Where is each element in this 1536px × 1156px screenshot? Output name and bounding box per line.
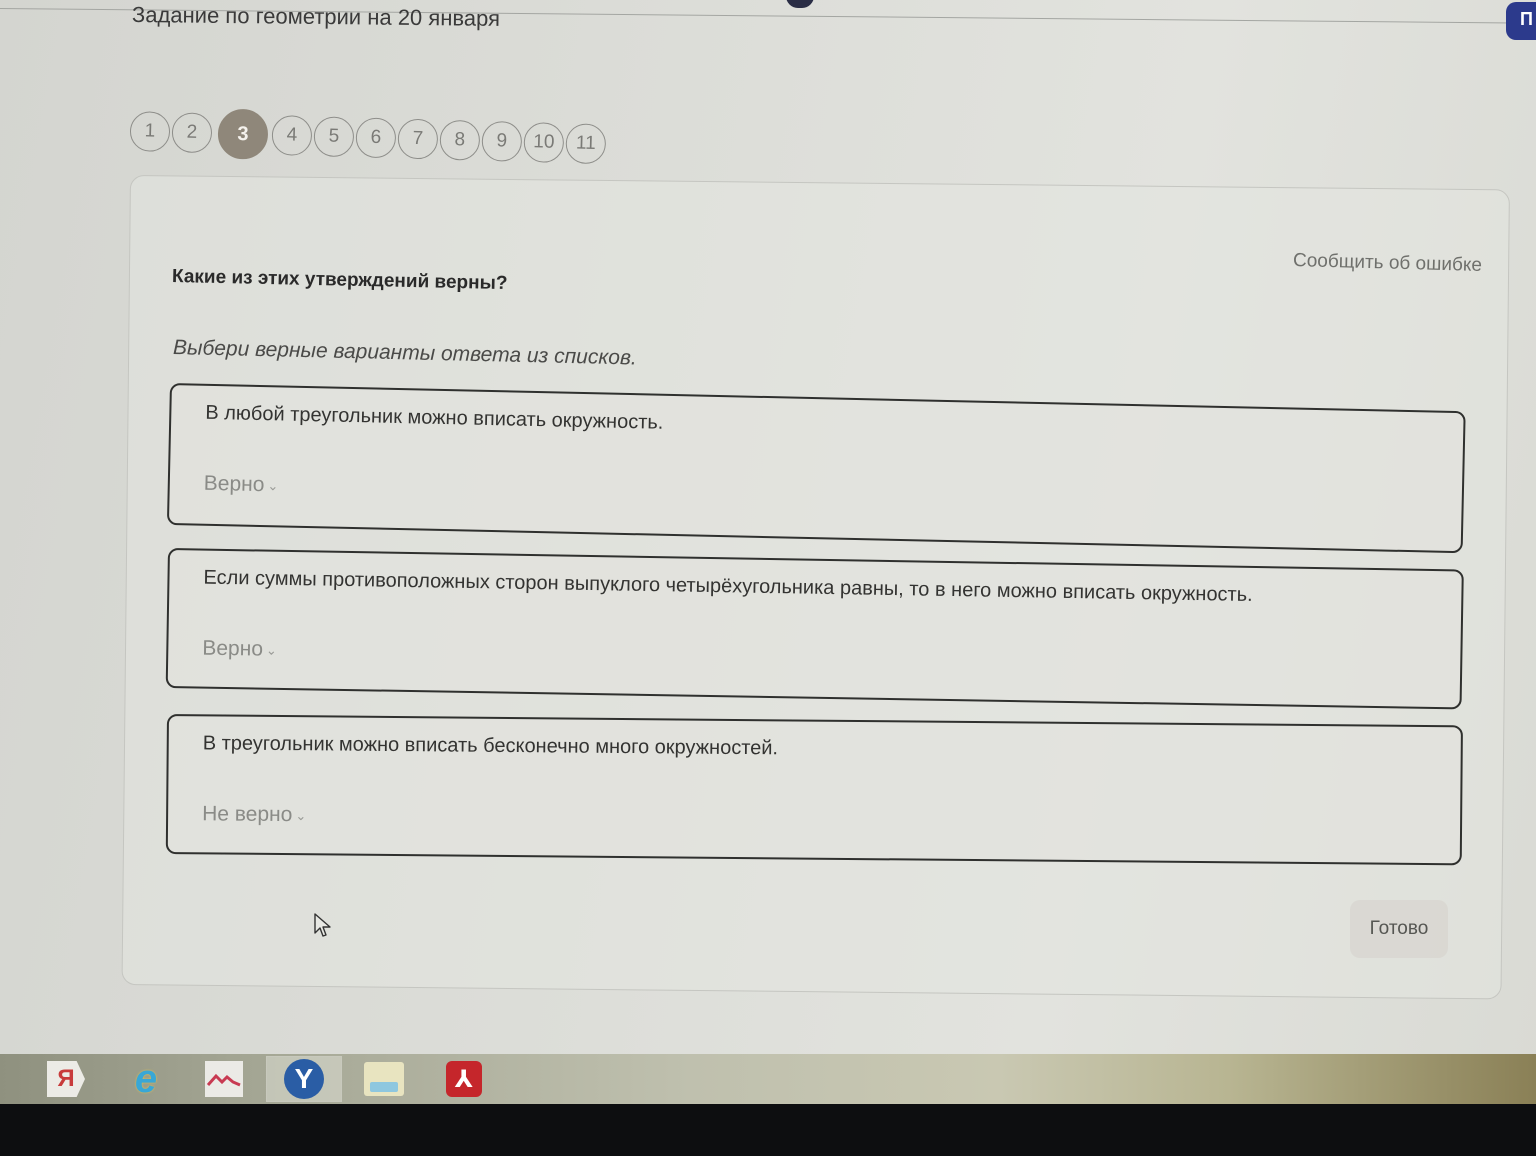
taskbar-item[interactable]: Я bbox=[28, 1056, 104, 1102]
step-11[interactable]: 11 bbox=[565, 123, 606, 164]
step-9[interactable]: 9 bbox=[481, 121, 522, 162]
yandex-icon: Я bbox=[47, 1061, 85, 1097]
step-5[interactable]: 5 bbox=[313, 116, 354, 157]
user-avatar-icon[interactable] bbox=[786, 0, 814, 8]
answer-dropdown[interactable]: Верно ⌄ bbox=[202, 637, 277, 662]
statement-card: В треугольник можно вписать бесконечно м… bbox=[166, 714, 1463, 865]
taskbar-item[interactable] bbox=[186, 1056, 262, 1102]
mouse-cursor-icon bbox=[314, 913, 332, 939]
statement-text: В треугольник можно вписать бесконечно м… bbox=[203, 732, 778, 760]
chevron-down-icon: ⌄ bbox=[295, 808, 306, 824]
answer-dropdown-value: Не верно bbox=[202, 802, 292, 827]
yandex-browser-icon: Y bbox=[284, 1059, 324, 1099]
step-10[interactable]: 10 bbox=[523, 122, 564, 163]
step-1[interactable]: 1 bbox=[129, 111, 170, 152]
answer-dropdown-value: Верно bbox=[204, 472, 265, 497]
answer-dropdown-value: Верно bbox=[202, 637, 263, 662]
step-4[interactable]: 4 bbox=[271, 115, 312, 156]
step-2[interactable]: 2 bbox=[171, 112, 212, 153]
step-7[interactable]: 7 bbox=[397, 118, 438, 159]
top-right-button[interactable]: П bbox=[1506, 2, 1536, 40]
step-8[interactable]: 8 bbox=[439, 120, 480, 161]
monitor-bezel bbox=[0, 1104, 1536, 1156]
chevron-down-icon: ⌄ bbox=[267, 478, 278, 494]
answer-dropdown[interactable]: Верно ⌄ bbox=[204, 472, 279, 498]
statement-card: В любой треугольник можно вписать окружн… bbox=[167, 383, 1466, 553]
statement-text: В любой треугольник можно вписать окружн… bbox=[205, 402, 663, 435]
page-title: Задание по геометрии на 20 января bbox=[132, 2, 500, 32]
file-explorer-icon bbox=[364, 1062, 404, 1096]
step-3[interactable]: 3 bbox=[217, 108, 268, 159]
adobe-acrobat-icon: ⅄ bbox=[446, 1061, 482, 1097]
taskbar: ЯeY⅄ bbox=[0, 1054, 1536, 1104]
internet-explorer-icon: e bbox=[127, 1061, 165, 1097]
taskbar-item[interactable]: e bbox=[108, 1056, 184, 1102]
done-button[interactable]: Готово bbox=[1350, 900, 1448, 958]
statement-text: Если суммы противоположных сторон выпукл… bbox=[203, 567, 1253, 607]
statement-card: Если суммы противоположных сторон выпукл… bbox=[166, 548, 1464, 709]
taskbar-item[interactable] bbox=[346, 1056, 422, 1102]
chevron-down-icon: ⌄ bbox=[266, 643, 277, 659]
task-stepper: 1234567891011 bbox=[129, 106, 608, 169]
step-6[interactable]: 6 bbox=[355, 117, 396, 158]
taskbar-item[interactable]: Y bbox=[266, 1056, 342, 1102]
taskbar-item[interactable]: ⅄ bbox=[426, 1056, 502, 1102]
answer-dropdown[interactable]: Не верно ⌄ bbox=[202, 802, 306, 827]
app-roof-icon bbox=[205, 1061, 243, 1097]
